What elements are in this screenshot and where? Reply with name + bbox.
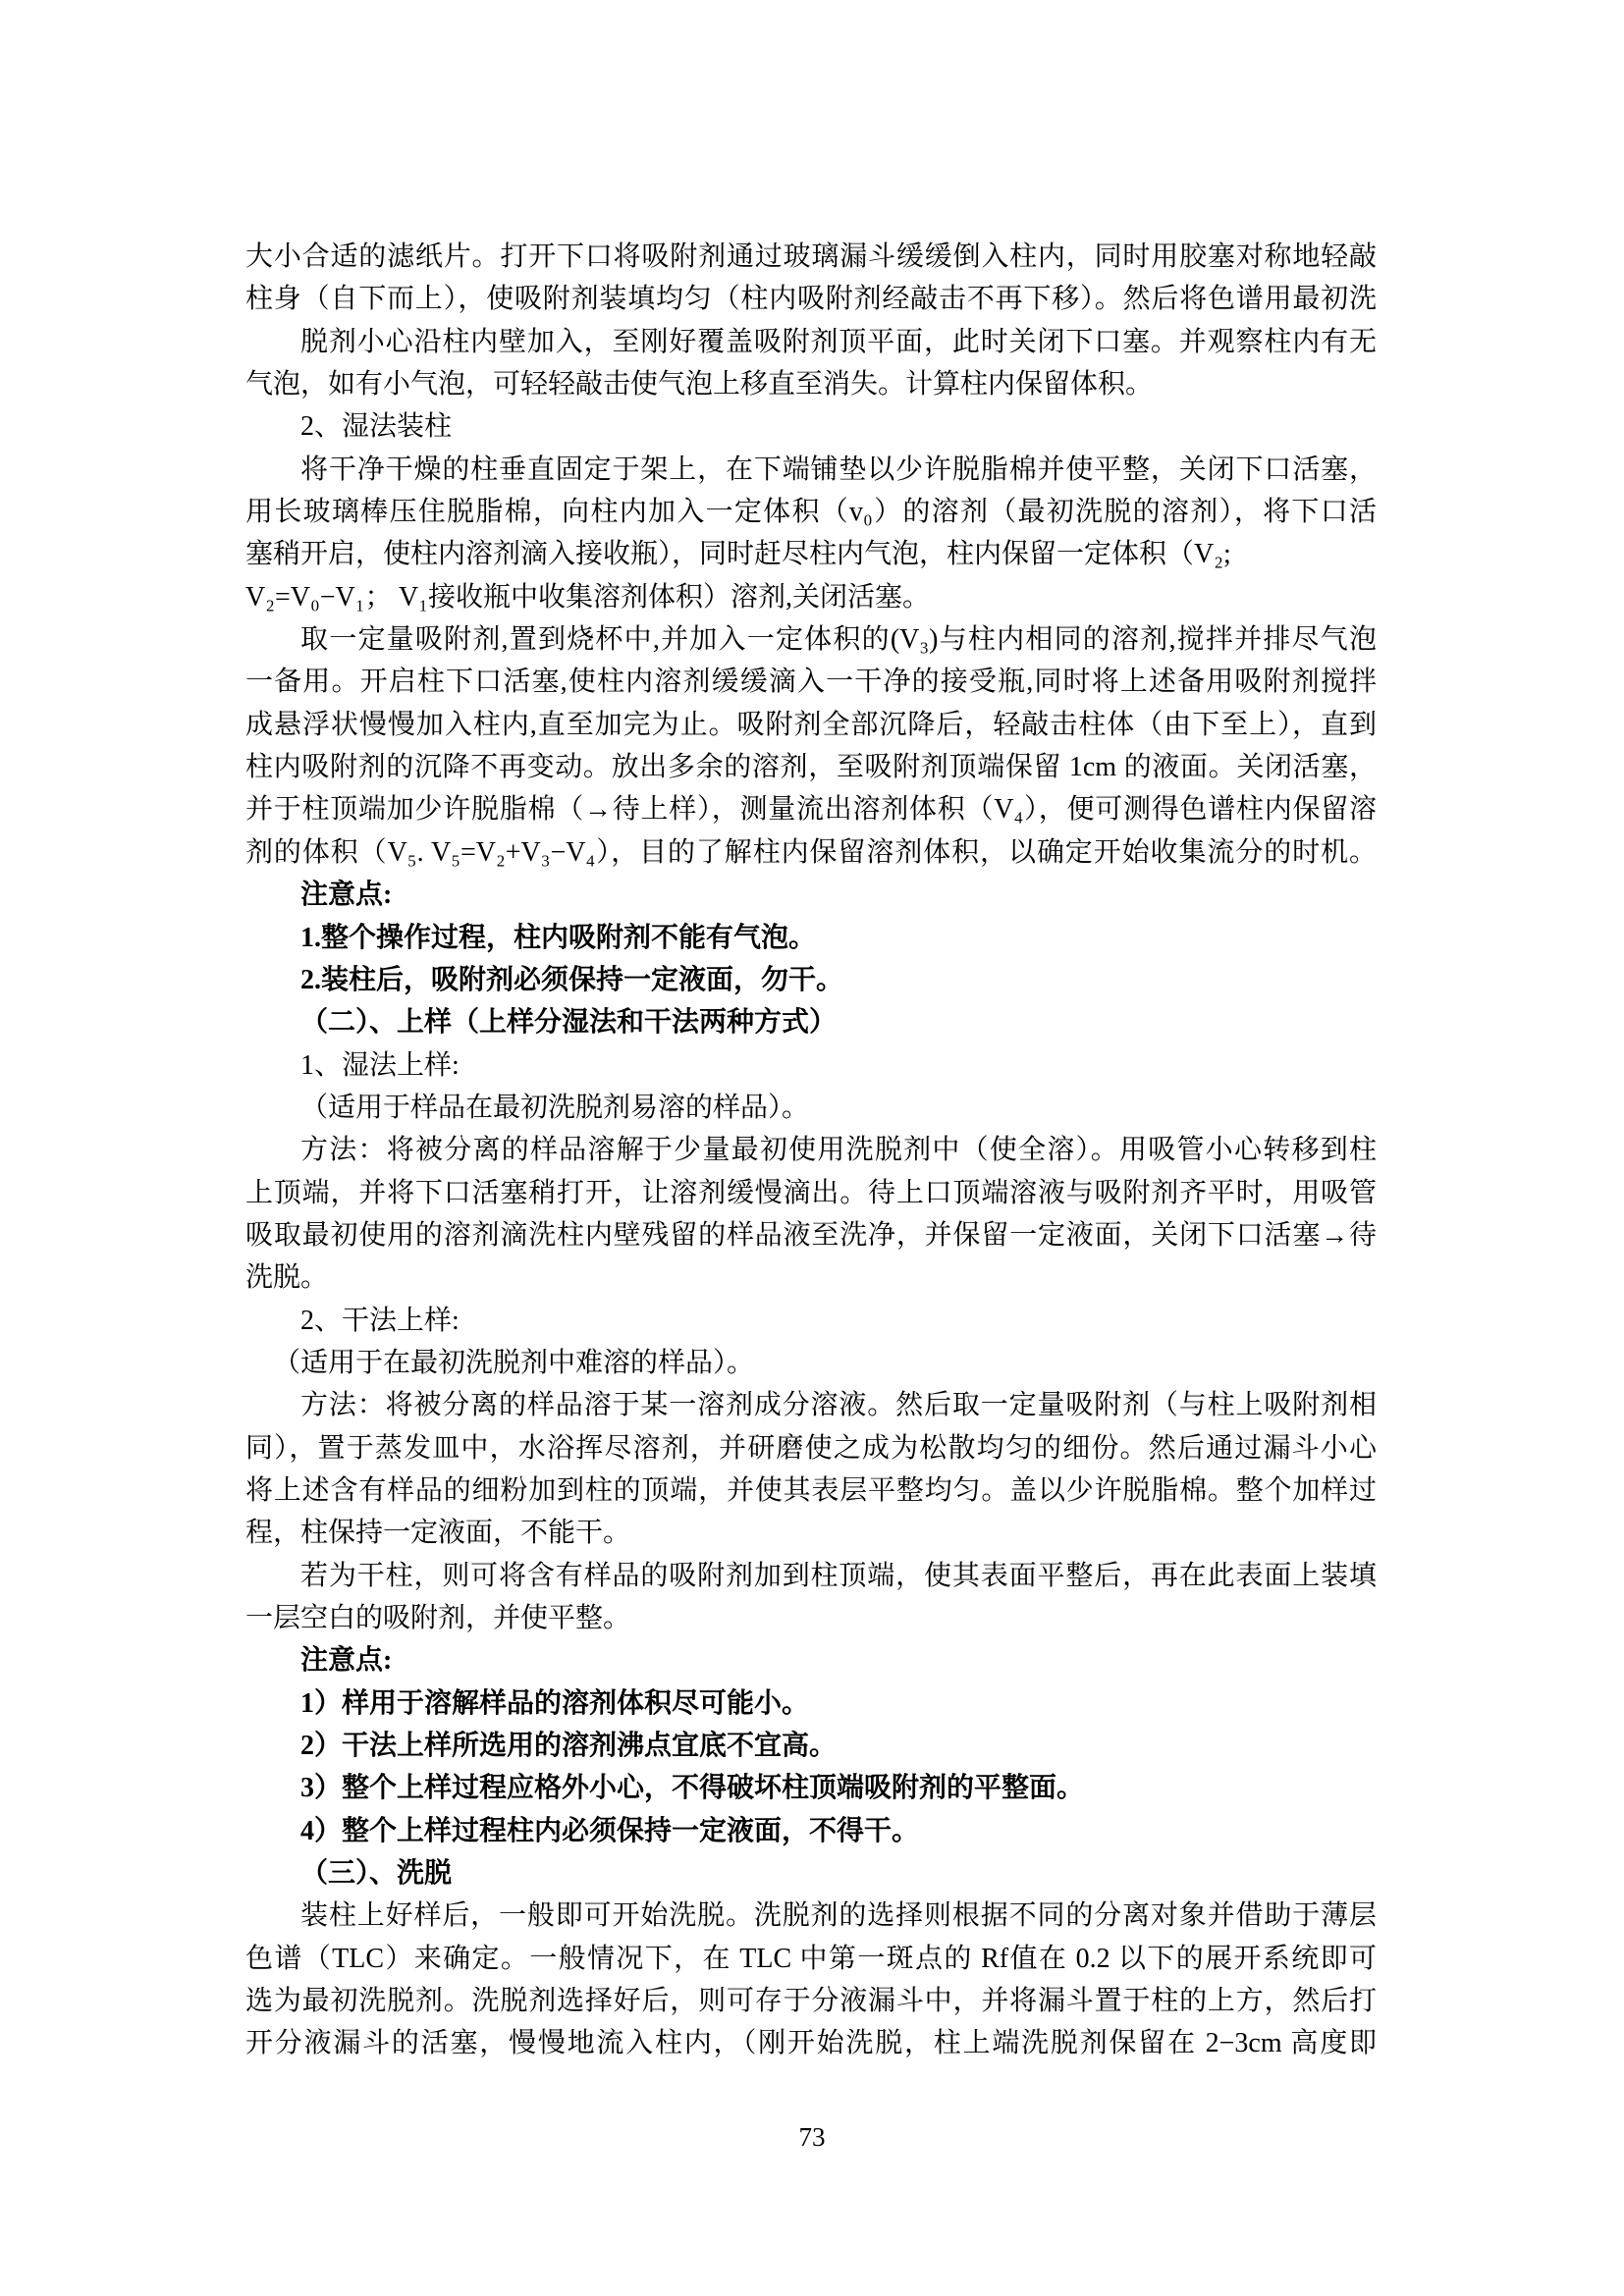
text-line: 3）整个上样过程应格外小心，不得破坏柱顶端吸附剂的平整面。 xyxy=(245,1767,1377,1809)
text-line: 选为最初洗脱剂。洗脱剂选择好后，则可存于分液漏斗中，并将漏斗置于柱的上方，然后打 xyxy=(245,1980,1377,2022)
text-line: 气泡，如有小气泡，可轻轻敲击使气泡上移直至消失。计算柱内保留体积。 xyxy=(245,363,1377,405)
text-line: 塞稍开启，使柱内溶剂滴入接收瓶），同时赶尽柱内气泡，柱内保留一定体积（V₂; xyxy=(245,533,1377,575)
text-line: 若为干柱，则可将含有样品的吸附剂加到柱顶端，使其表面平整后，再在此表面上装填 xyxy=(245,1555,1377,1597)
text-line: 方法：将被分离的样品溶于某一溶剂成分溶液。然后取一定量吸附剂（与柱上吸附剂相 xyxy=(245,1384,1377,1426)
text-line: 上顶端，并将下口活塞稍打开，让溶剂缓慢滴出。待上口顶端溶液与吸附剂齐平时，用吸管 xyxy=(245,1172,1377,1214)
text-line: 脱剂小心沿柱内壁加入，至刚好覆盖吸附剂顶平面，此时关闭下口塞。并观察柱内有无 xyxy=(245,321,1377,363)
text-line: （适用于样品在最初洗脱剂易溶的样品）。 xyxy=(245,1087,1377,1129)
text-line: 大小合适的滤纸片。打开下口将吸附剂通过玻璃漏斗缓缓倒入柱内，同时用胶塞对称地轻敲 xyxy=(245,236,1377,278)
text-line: 一备用。开启柱下口活塞,使柱内溶剂缓缓滴入一干净的接受瓶,同时将上述备用吸附剂搅… xyxy=(245,661,1377,703)
text-line: V₂=V₀−V₁； V₁接收瓶中收集溶剂体积）溶剂,关闭活塞。 xyxy=(245,576,1377,618)
text-line: 成悬浮状慢慢加入柱内,直至加完为止。吸附剂全部沉降后，轻敲击柱体（由下至上），直… xyxy=(245,704,1377,746)
text-line: 2、湿法装柱 xyxy=(245,405,1377,448)
text-line: 4）整个上样过程柱内必须保持一定液面，不得干。 xyxy=(245,1810,1377,1852)
text-line: 剂的体积（V₅. V₅=V₂+V₃−V₄），目的了解柱内保留溶剂体积，以确定开始… xyxy=(245,831,1377,874)
text-line: 洗脱。 xyxy=(245,1256,1377,1299)
text-line: 注意点: xyxy=(245,874,1377,916)
document-page: 大小合适的滤纸片。打开下口将吸附剂通过玻璃漏斗缓缓倒入柱内，同时用胶塞对称地轻敲… xyxy=(0,0,1624,2296)
page-number: 73 xyxy=(0,2120,1624,2154)
text-line: 2）干法上样所选用的溶剂沸点宜底不宜高。 xyxy=(245,1725,1377,1767)
text-line: 将上述含有样品的细粉加到柱的顶端，并使其表层平整均匀。盖以少许脱脂棉。整个加样过 xyxy=(245,1469,1377,1512)
text-line: 装柱上好样后，一般即可开始洗脱。洗脱剂的选择则根据不同的分离对象并借助于薄层 xyxy=(245,1895,1377,1937)
text-line: （二）、上样（上样分湿法和干法两种方式） xyxy=(245,1001,1377,1043)
text-line: 柱内吸附剂的沉降不再变动。放出多余的溶剂，至吸附剂顶端保留 1cm 的液面。关闭… xyxy=(245,746,1377,788)
text-line: 将干净干燥的柱垂直固定于架上，在下端铺垫以少许脱脂棉并使平整，关闭下口活塞， xyxy=(245,449,1377,491)
text-line: 程，柱保持一定液面，不能干。 xyxy=(245,1512,1377,1554)
text-line: （适用于在最初洗脱剂中难溶的样品）。 xyxy=(245,1342,1377,1384)
text-line: 色谱（TLC）来确定。一般情况下，在 TLC 中第一斑点的 Rf值在 0.2 以… xyxy=(245,1938,1377,1980)
text-line: 1.整个操作过程，柱内吸附剂不能有气泡。 xyxy=(245,917,1377,959)
text-line: 注意点: xyxy=(245,1639,1377,1682)
text-line: 柱身（自下而上），使吸附剂装填均匀（柱内吸附剂经敲击不再下移）。然后将色谱用最初… xyxy=(245,278,1377,320)
document-body: 大小合适的滤纸片。打开下口将吸附剂通过玻璃漏斗缓缓倒入柱内，同时用胶塞对称地轻敲… xyxy=(245,236,1377,2065)
text-line: 1）样用于溶解样品的溶剂体积尽可能小。 xyxy=(245,1682,1377,1725)
text-line: 一层空白的吸附剂，并使平整。 xyxy=(245,1597,1377,1639)
text-line: 开分液漏斗的活塞，慢慢地流入柱内，（刚开始洗脱，柱上端洗脱剂保留在 2−3cm … xyxy=(245,2022,1377,2064)
text-line: 取一定量吸附剂,置到烧杯中,并加入一定体积的(V₃)与柱内相同的溶剂,搅拌并排尽… xyxy=(245,618,1377,661)
text-line: 同），置于蒸发皿中，水浴挥尽溶剂，并研磨使之成为松散均匀的细份。然后通过漏斗小心 xyxy=(245,1427,1377,1469)
text-line: 吸取最初使用的溶剂滴洗柱内壁残留的样品液至洗净，并保留一定液面，关闭下口活塞→待 xyxy=(245,1214,1377,1256)
text-line: 用长玻璃棒压住脱脂棉，向柱内加入一定体积（v₀）的溶剂（最初洗脱的溶剂），将下口… xyxy=(245,491,1377,533)
text-line: 并于柱顶端加少许脱脂棉（→待上样），测量流出溶剂体积（V₄），便可测得色谱柱内保… xyxy=(245,788,1377,830)
text-line: （三）、洗脱 xyxy=(245,1852,1377,1895)
text-line: 2.装柱后，吸附剂必须保持一定液面，勿干。 xyxy=(245,959,1377,1001)
text-line: 1、湿法上样: xyxy=(245,1044,1377,1087)
text-line: 方法：将被分离的样品溶解于少量最初使用洗脱剂中（使全溶）。用吸管小心转移到柱 xyxy=(245,1129,1377,1171)
text-line: 2、干法上样: xyxy=(245,1300,1377,1342)
